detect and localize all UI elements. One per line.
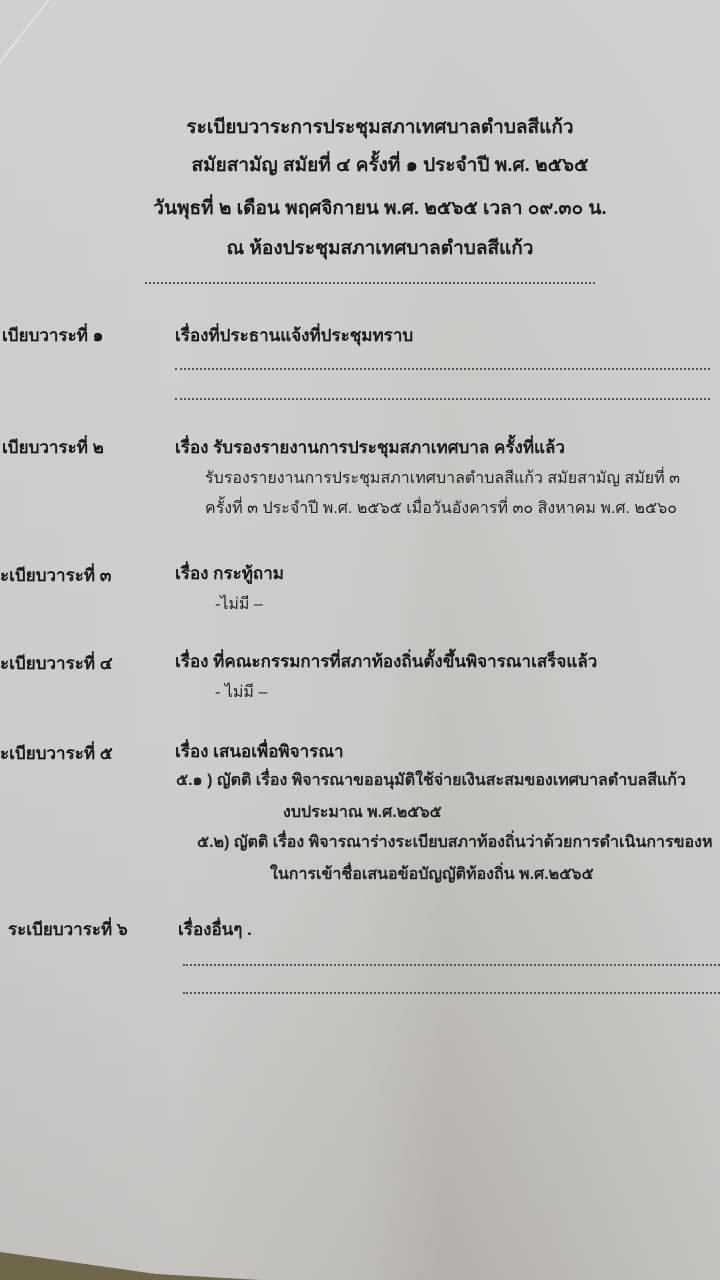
- agenda-4-label: ะเบียบวาระที่ ๔: [0, 650, 113, 677]
- agenda-4-none: - ไม่มี –: [215, 680, 267, 705]
- header-session: สมัยสามัญ สมัยที่ ๔ ครั้งที่ ๑ ประจำปี พ…: [0, 150, 720, 180]
- agenda-5-label: ะเบียบวาระที่ ๕: [0, 740, 113, 767]
- agenda-1-label: เบียบวาระที่ ๑: [2, 322, 103, 349]
- header-venue: ณ ห้องประชุมสภาเทศบาลตำบลสีแก้ว: [0, 233, 720, 263]
- agenda-4-title: เรื่อง ที่คณะกรรมการที่สภาท้องถิ่นตั้งขึ…: [175, 648, 597, 675]
- agenda-5-motion-1: ๕.๑ ) ญัตติ เรื่อง พิจารณาขออนุมัติใช้จ่…: [176, 768, 686, 793]
- agenda-2-title: เรื่อง รับรองรายงานการประชุมสภาเทศบาล คร…: [175, 434, 565, 461]
- table-surface: [0, 1240, 260, 1280]
- document-page: ระเบียบวาระการประชุมสภาเทศบาลตำบลสีแก้ว …: [0, 0, 720, 1280]
- agenda-6-blank-line-1: [183, 964, 720, 966]
- agenda-3-title: เรื่อง กระทู้ถาม: [175, 560, 284, 587]
- agenda-1-blank-line-2: [175, 398, 710, 400]
- agenda-6-title: เรื่องอื่นๆ .: [178, 916, 252, 943]
- agenda-2-detail-1: รับรองรายงานการประชุมสภาเทศบาลตำบลสีแก้ว…: [205, 466, 680, 491]
- agenda-3-label: ะเบียบวาระที่ ๓: [0, 562, 111, 589]
- agenda-6-blank-line-2: [183, 992, 720, 994]
- agenda-1-blank-line-1: [175, 368, 710, 370]
- header-title: ระเบียบวาระการประชุมสภาเทศบาลตำบลสีแก้ว: [0, 112, 720, 142]
- agenda-5-motion-2: ๕.๒) ญัตติ เรื่อง พิจารณาร่างระเบียบสภาท…: [197, 830, 713, 855]
- agenda-5-title: เรื่อง เสนอเพื่อพิจารณา: [175, 738, 344, 765]
- header-date-time: วันพุธที่ ๒ เดือน พฤศจิกายน พ.ศ. ๒๕๖๕ เว…: [0, 193, 720, 223]
- agenda-3-none: -ไม่มี –: [215, 592, 263, 617]
- agenda-5-motion-2-detail: ในการเข้าชื่อเสนอข้อบัญญัติท้องถิ่น พ.ศ.…: [270, 862, 594, 887]
- agenda-6-label: ระเบียบวาระที่ ๖: [8, 916, 128, 943]
- header-divider: [145, 282, 595, 284]
- agenda-1-title: เรื่องที่ประธานแจ้งที่ประชุมทราบ: [175, 322, 413, 349]
- paper-fold-line: [0, 0, 50, 95]
- agenda-2-detail-2: ครั้งที่ ๓ ประจำปี พ.ศ. ๒๕๖๕ เมื่อวันอัง…: [205, 496, 677, 521]
- agenda-5-motion-1-budget: งบประมาณ พ.ศ.๒๕๖๕: [283, 800, 442, 825]
- agenda-2-label: เบียบวาระที่ ๒: [2, 434, 104, 461]
